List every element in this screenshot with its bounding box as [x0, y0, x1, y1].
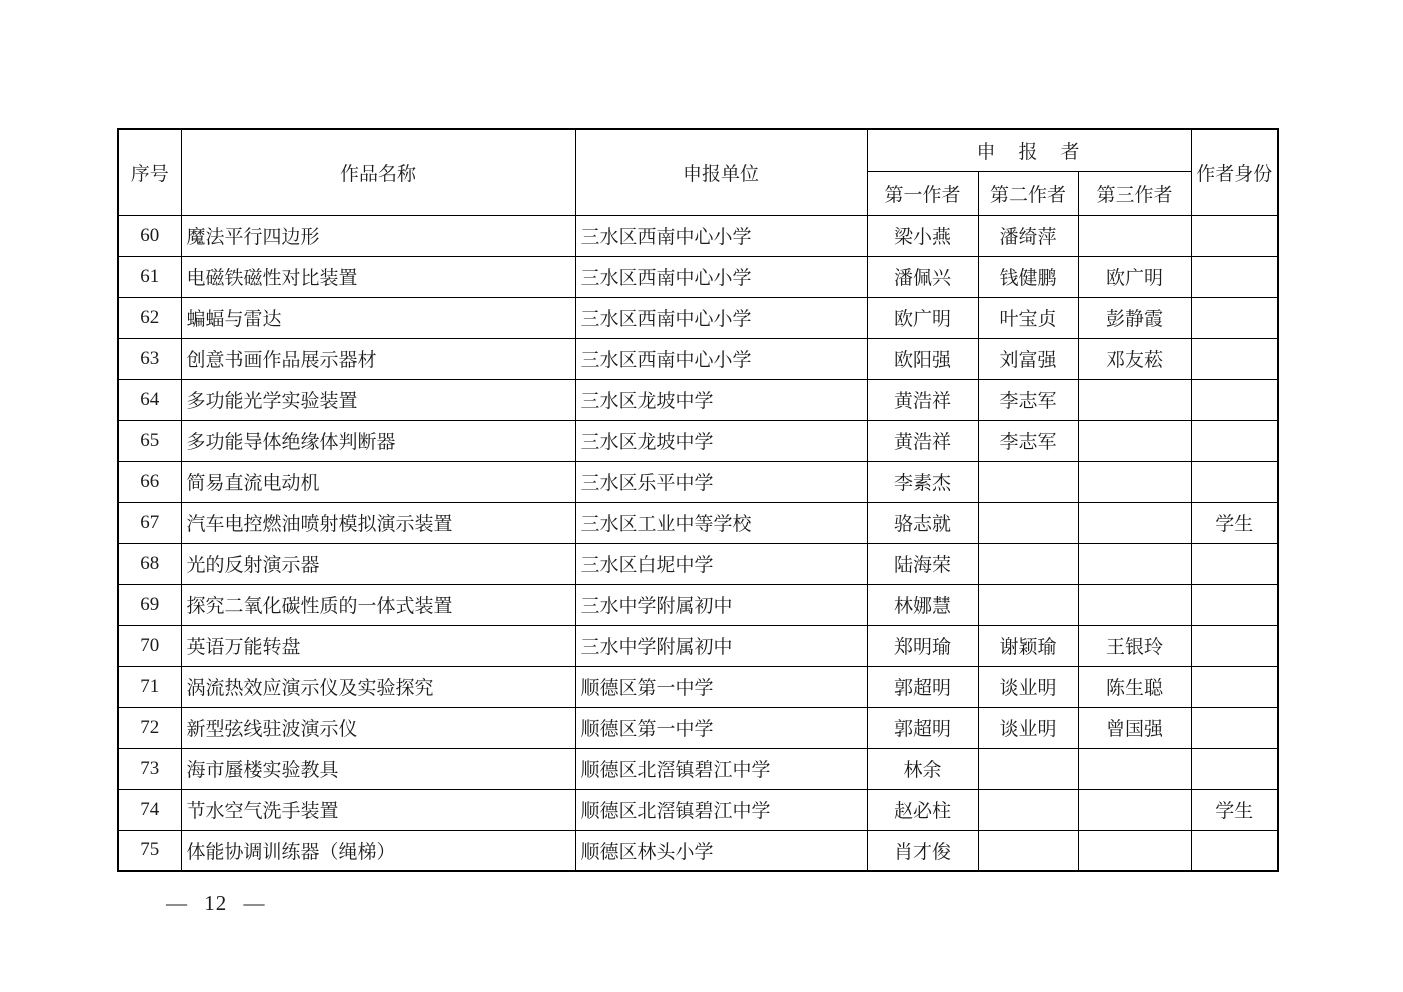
cell-author-identity — [1191, 461, 1278, 502]
table-row: 69 探究二氧化碳性质的一体式装置 三水中学附属初中 林娜慧 — [118, 584, 1278, 625]
cell-unit: 三水区龙坡中学 — [575, 420, 867, 461]
cell-first-author: 黄浩祥 — [867, 379, 978, 420]
table-row: 66 简易直流电动机 三水区乐平中学 李素杰 — [118, 461, 1278, 502]
cell-second-author: 钱健鹏 — [978, 256, 1078, 297]
cell-unit: 顺德区第一中学 — [575, 707, 867, 748]
table-row: 73 海市蜃楼实验教具 顺德区北滘镇碧江中学 林余 — [118, 748, 1278, 789]
table-row: 62 蝙蝠与雷达 三水区西南中心小学 欧广明 叶宝贞 彭静霞 — [118, 297, 1278, 338]
table-body: 60 魔法平行四边形 三水区西南中心小学 梁小燕 潘绮萍 61 电磁铁磁性对比装… — [118, 215, 1278, 871]
cell-first-author: 肖才俊 — [867, 830, 978, 871]
cell-first-author: 赵必柱 — [867, 789, 978, 830]
cell-first-author: 梁小燕 — [867, 215, 978, 256]
cell-work-name: 英语万能转盘 — [181, 625, 575, 666]
cell-author-identity — [1191, 748, 1278, 789]
cell-unit: 三水区龙坡中学 — [575, 379, 867, 420]
header-third-author: 第三作者 — [1078, 171, 1191, 215]
cell-second-author — [978, 502, 1078, 543]
cell-second-author: 谈业明 — [978, 666, 1078, 707]
cell-author-identity: 学生 — [1191, 789, 1278, 830]
cell-second-author: 谢颖瑜 — [978, 625, 1078, 666]
cell-index: 71 — [118, 666, 181, 707]
table-row: 68 光的反射演示器 三水区白坭中学 陆海荣 — [118, 543, 1278, 584]
header-applicants-group: 申 报 者 — [867, 129, 1191, 171]
cell-third-author: 欧广明 — [1078, 256, 1191, 297]
cell-second-author — [978, 789, 1078, 830]
cell-third-author — [1078, 748, 1191, 789]
cell-third-author — [1078, 420, 1191, 461]
cell-work-name: 光的反射演示器 — [181, 543, 575, 584]
cell-third-author — [1078, 502, 1191, 543]
cell-third-author: 陈生聪 — [1078, 666, 1191, 707]
table-row: 74 节水空气洗手装置 顺德区北滘镇碧江中学 赵必柱 学生 — [118, 789, 1278, 830]
cell-unit: 三水区白坭中学 — [575, 543, 867, 584]
cell-third-author — [1078, 584, 1191, 625]
cell-index: 72 — [118, 707, 181, 748]
cell-first-author: 林余 — [867, 748, 978, 789]
cell-work-name: 魔法平行四边形 — [181, 215, 575, 256]
cell-author-identity — [1191, 338, 1278, 379]
cell-second-author: 李志军 — [978, 379, 1078, 420]
cell-author-identity: 学生 — [1191, 502, 1278, 543]
header-index: 序号 — [118, 129, 181, 215]
cell-third-author — [1078, 215, 1191, 256]
cell-work-name: 多功能光学实验装置 — [181, 379, 575, 420]
cell-work-name: 新型弦线驻波演示仪 — [181, 707, 575, 748]
cell-first-author: 郭超明 — [867, 666, 978, 707]
cell-author-identity — [1191, 584, 1278, 625]
cell-index: 66 — [118, 461, 181, 502]
header-second-author: 第二作者 — [978, 171, 1078, 215]
cell-first-author: 林娜慧 — [867, 584, 978, 625]
cell-second-author — [978, 543, 1078, 584]
cell-third-author — [1078, 543, 1191, 584]
header-work-name: 作品名称 — [181, 129, 575, 215]
table-row: 60 魔法平行四边形 三水区西南中心小学 梁小燕 潘绮萍 — [118, 215, 1278, 256]
cell-second-author — [978, 584, 1078, 625]
cell-third-author: 曾国强 — [1078, 707, 1191, 748]
cell-unit: 三水区乐平中学 — [575, 461, 867, 502]
cell-second-author: 谈业明 — [978, 707, 1078, 748]
cell-author-identity — [1191, 215, 1278, 256]
cell-first-author: 欧阳强 — [867, 338, 978, 379]
table-header: 序号 作品名称 申报单位 申 报 者 作者身份 第一作者 第二作者 第三作者 — [118, 129, 1278, 215]
cell-second-author — [978, 748, 1078, 789]
cell-second-author — [978, 830, 1078, 871]
cell-work-name: 蝙蝠与雷达 — [181, 297, 575, 338]
cell-first-author: 骆志就 — [867, 502, 978, 543]
cell-third-author: 邓友菘 — [1078, 338, 1191, 379]
table-row: 71 涡流热效应演示仪及实验探究 顺德区第一中学 郭超明 谈业明 陈生聪 — [118, 666, 1278, 707]
cell-author-identity — [1191, 543, 1278, 584]
awards-table: 序号 作品名称 申报单位 申 报 者 作者身份 第一作者 第二作者 第三作者 6… — [117, 128, 1279, 872]
cell-index: 64 — [118, 379, 181, 420]
cell-third-author — [1078, 379, 1191, 420]
cell-index: 69 — [118, 584, 181, 625]
cell-third-author — [1078, 830, 1191, 871]
table-row: 72 新型弦线驻波演示仪 顺德区第一中学 郭超明 谈业明 曾国强 — [118, 707, 1278, 748]
cell-unit: 顺德区北滘镇碧江中学 — [575, 748, 867, 789]
cell-index: 65 — [118, 420, 181, 461]
cell-author-identity — [1191, 297, 1278, 338]
header-author-identity: 作者身份 — [1191, 129, 1278, 215]
page-number-footer: — 12 — — [166, 891, 266, 916]
cell-first-author: 潘佩兴 — [867, 256, 978, 297]
header-first-author: 第一作者 — [867, 171, 978, 215]
table-row: 75 体能协调训练器（绳梯） 顺德区林头小学 肖才俊 — [118, 830, 1278, 871]
cell-work-name: 多功能导体绝缘体判断器 — [181, 420, 575, 461]
table-row: 63 创意书画作品展示器材 三水区西南中心小学 欧阳强 刘富强 邓友菘 — [118, 338, 1278, 379]
cell-work-name: 电磁铁磁性对比装置 — [181, 256, 575, 297]
cell-third-author — [1078, 789, 1191, 830]
cell-first-author: 郑明瑜 — [867, 625, 978, 666]
header-unit: 申报单位 — [575, 129, 867, 215]
cell-second-author: 刘富强 — [978, 338, 1078, 379]
table-row: 61 电磁铁磁性对比装置 三水区西南中心小学 潘佩兴 钱健鹏 欧广明 — [118, 256, 1278, 297]
cell-third-author: 彭静霞 — [1078, 297, 1191, 338]
cell-author-identity — [1191, 256, 1278, 297]
table-row: 64 多功能光学实验装置 三水区龙坡中学 黄浩祥 李志军 — [118, 379, 1278, 420]
cell-work-name: 探究二氧化碳性质的一体式装置 — [181, 584, 575, 625]
cell-first-author: 黄浩祥 — [867, 420, 978, 461]
cell-work-name: 体能协调训练器（绳梯） — [181, 830, 575, 871]
cell-index: 62 — [118, 297, 181, 338]
table-row: 70 英语万能转盘 三水中学附属初中 郑明瑜 谢颖瑜 王银玲 — [118, 625, 1278, 666]
cell-unit: 三水区西南中心小学 — [575, 256, 867, 297]
document-page: 序号 作品名称 申报单位 申 报 者 作者身份 第一作者 第二作者 第三作者 6… — [0, 0, 1403, 992]
cell-index: 61 — [118, 256, 181, 297]
cell-unit: 三水区西南中心小学 — [575, 215, 867, 256]
cell-unit: 三水区西南中心小学 — [575, 297, 867, 338]
cell-third-author — [1078, 461, 1191, 502]
cell-index: 73 — [118, 748, 181, 789]
cell-second-author: 李志军 — [978, 420, 1078, 461]
cell-author-identity — [1191, 666, 1278, 707]
table-row: 65 多功能导体绝缘体判断器 三水区龙坡中学 黄浩祥 李志军 — [118, 420, 1278, 461]
cell-index: 75 — [118, 830, 181, 871]
cell-work-name: 创意书画作品展示器材 — [181, 338, 575, 379]
cell-work-name: 涡流热效应演示仪及实验探究 — [181, 666, 575, 707]
cell-index: 74 — [118, 789, 181, 830]
cell-work-name: 汽车电控燃油喷射模拟演示装置 — [181, 502, 575, 543]
cell-index: 60 — [118, 215, 181, 256]
cell-author-identity — [1191, 625, 1278, 666]
cell-third-author: 王银玲 — [1078, 625, 1191, 666]
cell-author-identity — [1191, 830, 1278, 871]
cell-first-author: 欧广明 — [867, 297, 978, 338]
cell-index: 70 — [118, 625, 181, 666]
cell-index: 63 — [118, 338, 181, 379]
cell-first-author: 郭超明 — [867, 707, 978, 748]
cell-unit: 顺德区第一中学 — [575, 666, 867, 707]
cell-first-author: 李素杰 — [867, 461, 978, 502]
cell-index: 68 — [118, 543, 181, 584]
cell-second-author: 叶宝贞 — [978, 297, 1078, 338]
cell-work-name: 海市蜃楼实验教具 — [181, 748, 575, 789]
cell-unit: 顺德区林头小学 — [575, 830, 867, 871]
cell-unit: 三水中学附属初中 — [575, 584, 867, 625]
cell-index: 67 — [118, 502, 181, 543]
cell-second-author: 潘绮萍 — [978, 215, 1078, 256]
table-row: 67 汽车电控燃油喷射模拟演示装置 三水区工业中等学校 骆志就 学生 — [118, 502, 1278, 543]
cell-work-name: 节水空气洗手装置 — [181, 789, 575, 830]
cell-author-identity — [1191, 379, 1278, 420]
cell-second-author — [978, 461, 1078, 502]
cell-unit: 三水区西南中心小学 — [575, 338, 867, 379]
cell-unit: 三水区工业中等学校 — [575, 502, 867, 543]
cell-author-identity — [1191, 707, 1278, 748]
cell-unit: 顺德区北滘镇碧江中学 — [575, 789, 867, 830]
cell-first-author: 陆海荣 — [867, 543, 978, 584]
cell-work-name: 简易直流电动机 — [181, 461, 575, 502]
cell-unit: 三水中学附属初中 — [575, 625, 867, 666]
cell-author-identity — [1191, 420, 1278, 461]
